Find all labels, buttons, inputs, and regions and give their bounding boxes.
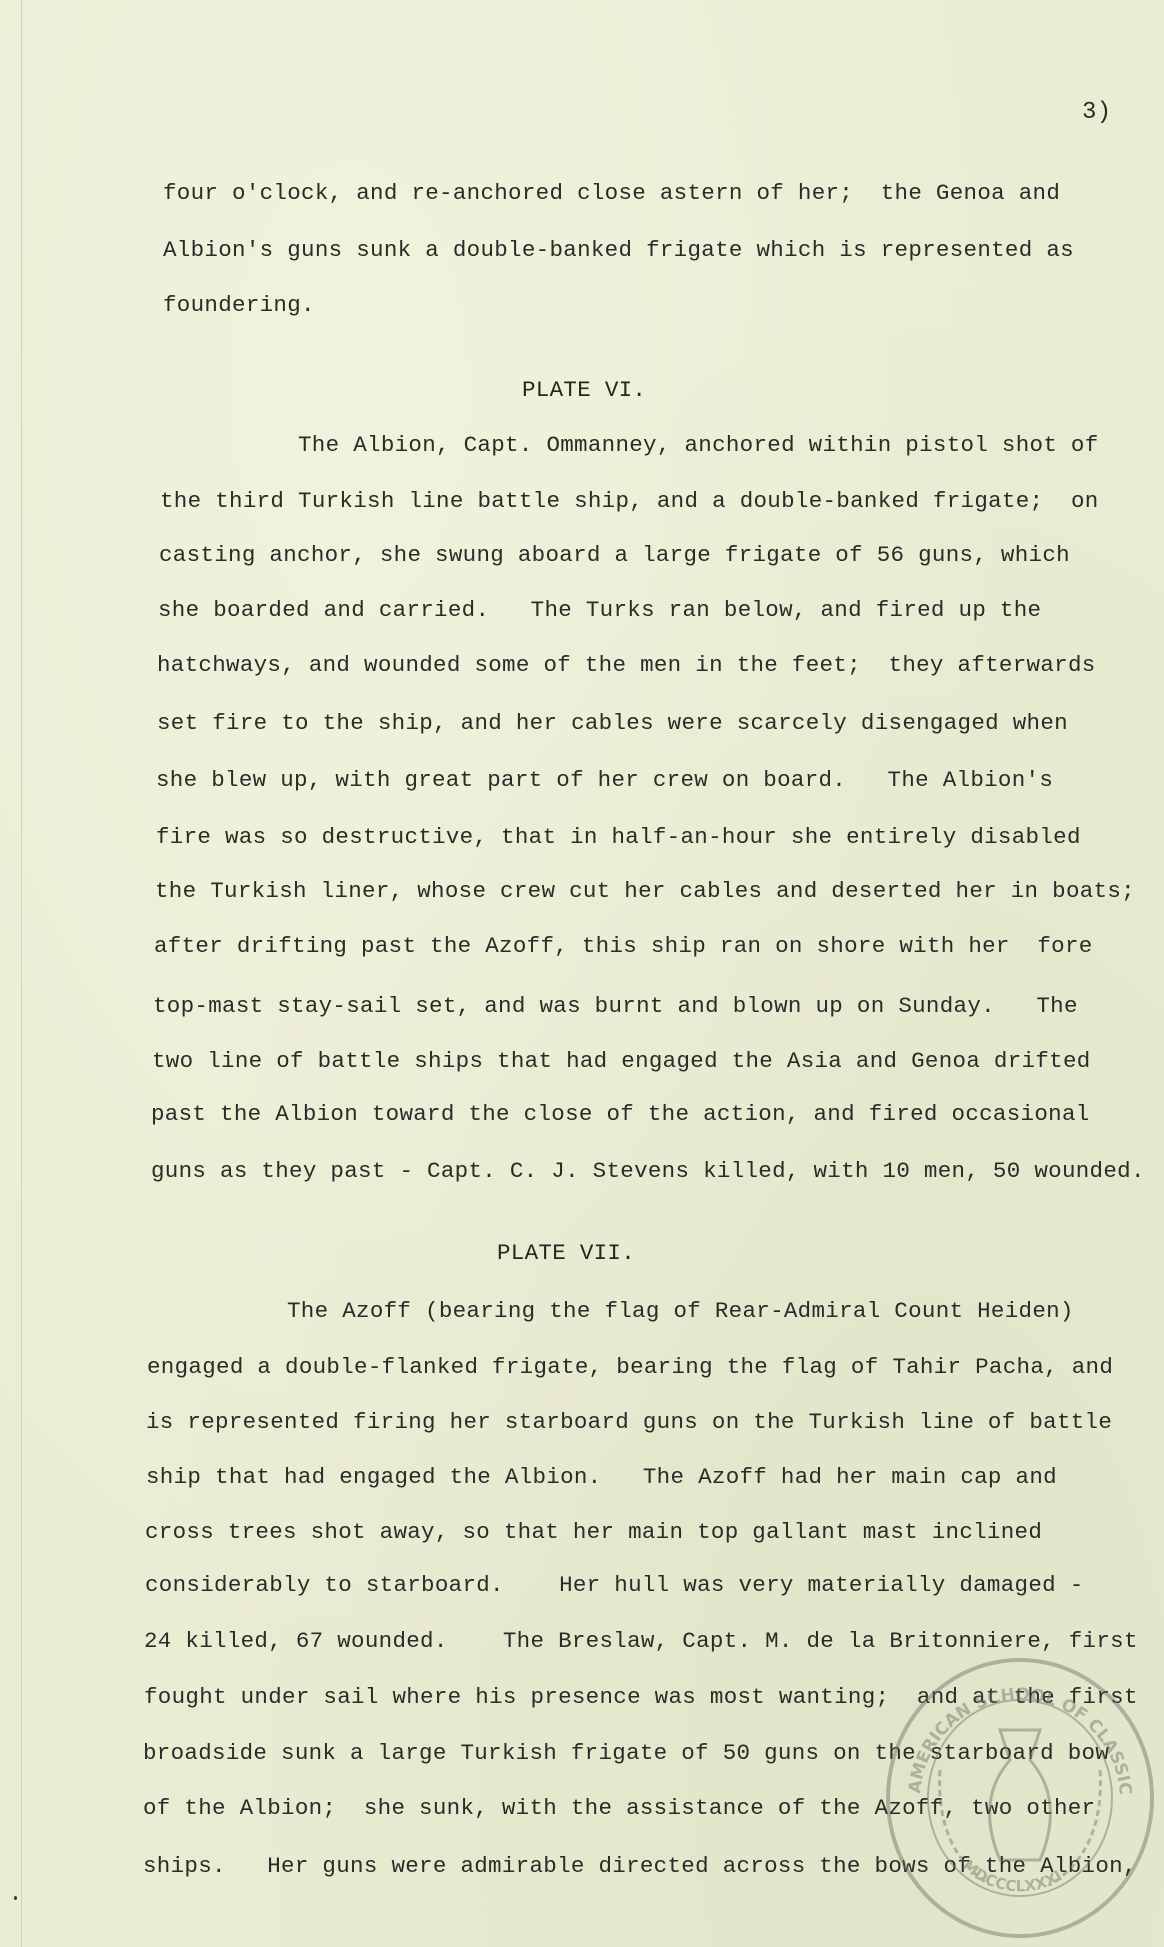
paper-speck bbox=[14, 1896, 17, 1900]
text-line: broadside sunk a large Turkish frigate o… bbox=[143, 1739, 1109, 1767]
text-line: 24 killed, 67 wounded. The Breslaw, Capt… bbox=[144, 1627, 1138, 1655]
page-edge-line bbox=[21, 0, 22, 1947]
text-line: she blew up, with great part of her crew… bbox=[156, 766, 1053, 794]
text-line: of the Albion; she sunk, with the assist… bbox=[143, 1794, 1095, 1822]
text-line: after drifting past the Azoff, this ship… bbox=[154, 932, 1093, 960]
text-line: four o'clock, and re-anchored close aste… bbox=[163, 179, 1060, 207]
stamp-outer-text: AMERICAN SCHOOL OF CLASSICAL STUDIES AT … bbox=[880, 1650, 1135, 1796]
text-line: guns as they past - Capt. C. J. Stevens … bbox=[151, 1157, 1145, 1185]
section-heading-plate-vi: PLATE VI. bbox=[522, 376, 646, 404]
text-line: the Turkish liner, whose crew cut her ca… bbox=[155, 877, 1135, 905]
text-line: fought under sail where his presence was… bbox=[144, 1683, 1138, 1711]
text-line: top-mast stay-sail set, and was burnt an… bbox=[153, 992, 1078, 1020]
text-line: Albion's guns sunk a double-banked friga… bbox=[163, 236, 1074, 264]
text-line: the third Turkish line battle ship, and … bbox=[160, 487, 1099, 515]
text-line: is represented firing her starboard guns… bbox=[146, 1408, 1112, 1436]
section-heading-plate-vii: PLATE VII. bbox=[497, 1239, 635, 1267]
text-line: fire was so destructive, that in half-an… bbox=[156, 823, 1081, 851]
text-line: engaged a double-flanked frigate, bearin… bbox=[147, 1353, 1113, 1381]
text-line: cross trees shot away, so that her main … bbox=[145, 1518, 1042, 1546]
text-line: hatchways, and wounded some of the men i… bbox=[157, 651, 1096, 679]
text-line: casting anchor, she swung aboard a large… bbox=[159, 541, 1070, 569]
text-line: two line of battle ships that had engage… bbox=[152, 1047, 1091, 1075]
page-number: 3) bbox=[1082, 99, 1111, 127]
text-line: set fire to the ship, and her cables wer… bbox=[157, 709, 1068, 737]
text-line: considerably to starboard. Her hull was … bbox=[145, 1571, 1084, 1599]
text-line: ship that had engaged the Albion. The Az… bbox=[146, 1463, 1057, 1491]
text-line: The Azoff (bearing the flag of Rear-Admi… bbox=[287, 1297, 1074, 1325]
text-line: The Albion, Capt. Ommanney, anchored wit… bbox=[298, 431, 1099, 459]
text-line: ships. Her guns were admirable directed … bbox=[143, 1852, 1137, 1880]
text-line: past the Albion toward the close of the … bbox=[151, 1100, 1090, 1128]
text-line: foundering. bbox=[163, 291, 315, 319]
text-line: she boarded and carried. The Turks ran b… bbox=[158, 596, 1041, 624]
